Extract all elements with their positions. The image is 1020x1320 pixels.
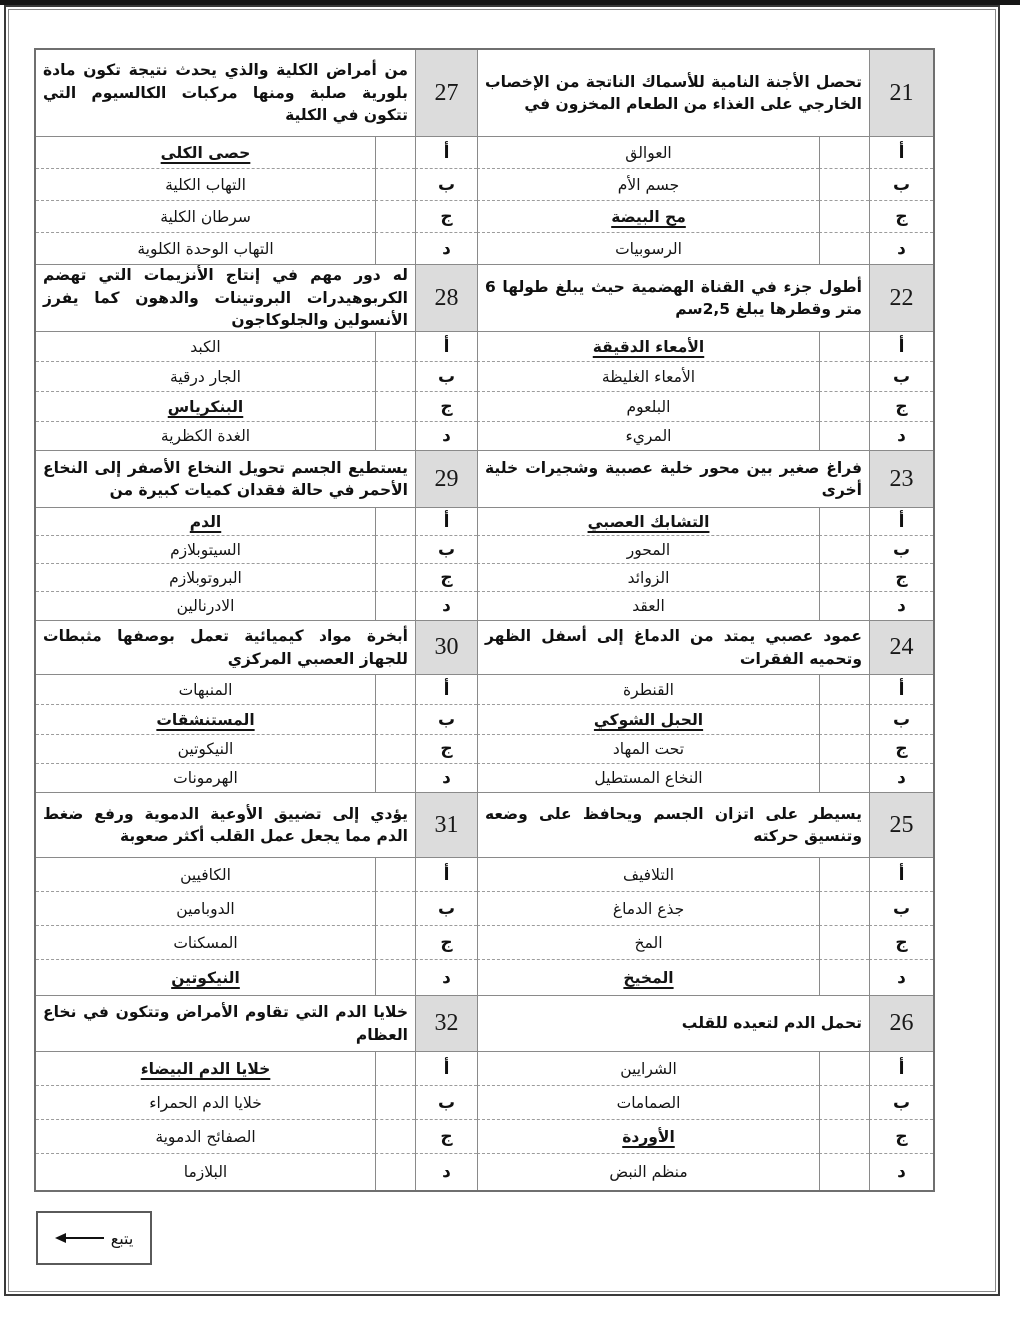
answer-cell bbox=[819, 1086, 869, 1120]
option-text: الأمعاء الدقيقة bbox=[477, 332, 819, 362]
option-letter: ب bbox=[869, 362, 933, 392]
answer-cell bbox=[819, 536, 869, 564]
question-text: أبخرة مواد كيميائية تعمل بوصفها مثبطات ل… bbox=[43, 625, 408, 670]
answer-cell bbox=[375, 960, 415, 996]
question-number: 21 bbox=[869, 50, 933, 137]
question-cell: أبخرة مواد كيميائية تعمل بوصفها مثبطات ل… bbox=[36, 621, 415, 675]
option-letter: د bbox=[415, 764, 477, 793]
option-text: الجار درقية bbox=[36, 362, 375, 392]
option-text: المريء bbox=[477, 422, 819, 451]
question-number: 22 bbox=[869, 265, 933, 332]
answer-cell bbox=[375, 392, 415, 422]
answer-cell bbox=[375, 592, 415, 621]
option-text: البلعوم bbox=[477, 392, 819, 422]
question-text: من أمراض الكلية والذي يحدث نتيجة تكون ما… bbox=[43, 59, 408, 126]
option-text: البلازما bbox=[36, 1154, 375, 1190]
option-text: حصى الكلى bbox=[36, 137, 375, 169]
continued-box: يتبع bbox=[36, 1211, 152, 1265]
answer-cell bbox=[375, 892, 415, 926]
answer-cell bbox=[819, 1052, 869, 1086]
answer-cell bbox=[819, 1154, 869, 1190]
answer-cell bbox=[375, 422, 415, 451]
option-letter: ب bbox=[415, 892, 477, 926]
option-text: تحت المهاد bbox=[477, 735, 819, 764]
option-letter: ب bbox=[869, 892, 933, 926]
option-letter: أ bbox=[869, 137, 933, 169]
answer-cell bbox=[819, 1120, 869, 1154]
question-number: 24 bbox=[869, 621, 933, 675]
question-text: يستطيع الجسم تحويل النخاع الأصفر إلى الن… bbox=[43, 457, 408, 502]
answer-cell bbox=[375, 1154, 415, 1190]
option-text: التهاب الوحدة الكلوية bbox=[36, 233, 375, 265]
answer-cell bbox=[375, 233, 415, 265]
question-cell: عمود عصبي يمتد من الدماغ إلى أسفل الظهر … bbox=[477, 621, 869, 675]
answer-cell bbox=[819, 764, 869, 793]
option-text: الادرنالين bbox=[36, 592, 375, 621]
option-letter: أ bbox=[415, 675, 477, 705]
option-letter: د bbox=[415, 960, 477, 996]
answer-cell bbox=[375, 858, 415, 892]
question-cell: أطول جزء في القناة الهضمية حيث يبلغ طوله… bbox=[477, 265, 869, 332]
option-letter: ج bbox=[415, 564, 477, 592]
option-letter: ب bbox=[415, 169, 477, 201]
option-letter: د bbox=[869, 960, 933, 996]
answer-cell bbox=[375, 201, 415, 233]
arrow-shaft bbox=[66, 1237, 104, 1240]
question-cell: من أمراض الكلية والذي يحدث نتيجة تكون ما… bbox=[36, 50, 415, 137]
question-cell: يستطيع الجسم تحويل النخاع الأصفر إلى الن… bbox=[36, 451, 415, 508]
option-letter: ج bbox=[415, 735, 477, 764]
option-letter: ب bbox=[869, 169, 933, 201]
arrow-head bbox=[55, 1233, 66, 1243]
answer-cell bbox=[375, 508, 415, 536]
answer-cell bbox=[819, 705, 869, 735]
answer-cell bbox=[375, 1052, 415, 1086]
option-letter: ج bbox=[869, 392, 933, 422]
question-number: 31 bbox=[415, 793, 477, 858]
option-text: الهرمونات bbox=[36, 764, 375, 793]
option-letter: د bbox=[415, 592, 477, 621]
question-cell: تحمل الدم لتعيده للقلب bbox=[477, 996, 869, 1052]
option-letter: أ bbox=[415, 137, 477, 169]
answer-cell bbox=[819, 592, 869, 621]
question-cell: خلايا الدم التي تقاوم الأمراض وتتكون في … bbox=[36, 996, 415, 1052]
option-text: الزوائد bbox=[477, 564, 819, 592]
option-text: مح البيضة bbox=[477, 201, 819, 233]
questions-table: 21تحصل الأجنة النامية للأسماك الناتجة من… bbox=[34, 48, 935, 1192]
option-text: العقد bbox=[477, 592, 819, 621]
option-text: سرطان الكلية bbox=[36, 201, 375, 233]
option-text: الدم bbox=[36, 508, 375, 536]
option-text: البنكرياس bbox=[36, 392, 375, 422]
option-text: المنبهات bbox=[36, 675, 375, 705]
question-number: 29 bbox=[415, 451, 477, 508]
question-number: 25 bbox=[869, 793, 933, 858]
answer-cell bbox=[819, 233, 869, 265]
answer-cell bbox=[375, 169, 415, 201]
option-letter: د bbox=[869, 592, 933, 621]
option-text: خلايا الدم البيضاء bbox=[36, 1052, 375, 1086]
question-cell: فراغ صغير بين محور خلية عصبية وشجيرات خل… bbox=[477, 451, 869, 508]
option-letter: أ bbox=[869, 858, 933, 892]
option-text: التلافيف bbox=[477, 858, 819, 892]
option-letter: ج bbox=[415, 926, 477, 960]
answer-cell bbox=[819, 201, 869, 233]
continued-label: يتبع bbox=[111, 1229, 134, 1248]
answer-cell bbox=[819, 422, 869, 451]
question-cell: يؤدي إلى تضييق الأوعية الدموية ورفع ضغط … bbox=[36, 793, 415, 858]
option-text: التهاب الكلية bbox=[36, 169, 375, 201]
option-letter: أ bbox=[415, 508, 477, 536]
question-text: له دور مهم في إنتاج الأنزيمات التي تهضم … bbox=[43, 265, 408, 332]
question-text: تحصل الأجنة النامية للأسماك الناتجة من ا… bbox=[485, 71, 862, 116]
option-letter: ب bbox=[869, 1086, 933, 1120]
answer-cell bbox=[819, 392, 869, 422]
long-left-arrow-icon bbox=[55, 1233, 104, 1243]
option-letter: ب bbox=[415, 362, 477, 392]
option-text: القنطرة bbox=[477, 675, 819, 705]
option-text: النخاع المستطيل bbox=[477, 764, 819, 793]
question-text: تحمل الدم لتعيده للقلب bbox=[485, 1012, 862, 1034]
answer-cell bbox=[375, 705, 415, 735]
question-number: 32 bbox=[415, 996, 477, 1052]
question-number: 28 bbox=[415, 265, 477, 332]
option-text: المخ bbox=[477, 926, 819, 960]
option-letter: ج bbox=[869, 926, 933, 960]
question-number: 26 bbox=[869, 996, 933, 1052]
question-text: عمود عصبي يمتد من الدماغ إلى أسفل الظهر … bbox=[485, 625, 862, 670]
option-text: الأمعاء الغليظة bbox=[477, 362, 819, 392]
answer-cell bbox=[819, 960, 869, 996]
answer-cell bbox=[819, 926, 869, 960]
question-cell: تحصل الأجنة النامية للأسماك الناتجة من ا… bbox=[477, 50, 869, 137]
question-number: 27 bbox=[415, 50, 477, 137]
question-text: خلايا الدم التي تقاوم الأمراض وتتكون في … bbox=[43, 1001, 408, 1046]
answer-cell bbox=[819, 564, 869, 592]
option-letter: د bbox=[415, 1154, 477, 1190]
option-text: المخيخ bbox=[477, 960, 819, 996]
option-text: جذع الدماغ bbox=[477, 892, 819, 926]
question-cell: له دور مهم في إنتاج الأنزيمات التي تهضم … bbox=[36, 265, 415, 332]
answer-cell bbox=[375, 564, 415, 592]
option-text: العوالق bbox=[477, 137, 819, 169]
option-text: المستنشقات bbox=[36, 705, 375, 735]
answer-cell bbox=[819, 508, 869, 536]
option-letter: ج bbox=[869, 735, 933, 764]
question-text: يسيطر على اتزان الجسم ويحافظ على وضعه وت… bbox=[485, 803, 862, 848]
answer-cell bbox=[819, 332, 869, 362]
option-letter: ب bbox=[415, 705, 477, 735]
option-text: الرسوبيات bbox=[477, 233, 819, 265]
option-letter: ب bbox=[869, 536, 933, 564]
option-letter: أ bbox=[869, 332, 933, 362]
option-text: جسم الأم bbox=[477, 169, 819, 201]
option-text: النيكوتين bbox=[36, 735, 375, 764]
answer-cell bbox=[819, 137, 869, 169]
option-letter: ج bbox=[869, 1120, 933, 1154]
question-text: أطول جزء في القناة الهضمية حيث يبلغ طوله… bbox=[485, 276, 862, 321]
option-text: الكبد bbox=[36, 332, 375, 362]
option-letter: أ bbox=[415, 1052, 477, 1086]
option-letter: ب bbox=[415, 536, 477, 564]
option-text: الشرايين bbox=[477, 1052, 819, 1086]
option-letter: د bbox=[869, 422, 933, 451]
option-text: النيكوتين bbox=[36, 960, 375, 996]
option-letter: أ bbox=[415, 332, 477, 362]
option-text: المحور bbox=[477, 536, 819, 564]
option-text: الحبل الشوكي bbox=[477, 705, 819, 735]
option-letter: ج bbox=[415, 1120, 477, 1154]
option-letter: أ bbox=[869, 1052, 933, 1086]
option-letter: أ bbox=[869, 508, 933, 536]
answer-cell bbox=[375, 735, 415, 764]
option-text: خلايا الدم الحمراء bbox=[36, 1086, 375, 1120]
option-text: الصمامات bbox=[477, 1086, 819, 1120]
option-text: السيتوبلازم bbox=[36, 536, 375, 564]
question-number: 23 bbox=[869, 451, 933, 508]
question-cell: يسيطر على اتزان الجسم ويحافظ على وضعه وت… bbox=[477, 793, 869, 858]
option-letter: د bbox=[869, 764, 933, 793]
question-text: يؤدي إلى تضييق الأوعية الدموية ورفع ضغط … bbox=[43, 803, 408, 848]
option-text: منظم النبض bbox=[477, 1154, 819, 1190]
answer-cell bbox=[375, 1086, 415, 1120]
answer-cell bbox=[819, 169, 869, 201]
option-letter: ب bbox=[869, 705, 933, 735]
answer-cell bbox=[375, 137, 415, 169]
answer-cell bbox=[375, 926, 415, 960]
answer-cell bbox=[375, 362, 415, 392]
option-text: الدوبامين bbox=[36, 892, 375, 926]
answer-cell bbox=[819, 362, 869, 392]
option-text: المسكنات bbox=[36, 926, 375, 960]
answer-cell bbox=[375, 764, 415, 793]
option-letter: د bbox=[869, 1154, 933, 1190]
option-text: التشابك العصبي bbox=[477, 508, 819, 536]
option-letter: ب bbox=[415, 1086, 477, 1120]
option-letter: أ bbox=[869, 675, 933, 705]
answer-cell bbox=[375, 1120, 415, 1154]
question-text: فراغ صغير بين محور خلية عصبية وشجيرات خل… bbox=[485, 457, 862, 502]
answer-cell bbox=[375, 675, 415, 705]
option-letter: ج bbox=[869, 564, 933, 592]
option-letter: ج bbox=[869, 201, 933, 233]
answer-cell bbox=[819, 892, 869, 926]
question-number: 30 bbox=[415, 621, 477, 675]
option-letter: ج bbox=[415, 392, 477, 422]
option-text: الأوردة bbox=[477, 1120, 819, 1154]
option-text: الغدة الكظرية bbox=[36, 422, 375, 451]
answer-cell bbox=[819, 858, 869, 892]
answer-cell bbox=[375, 536, 415, 564]
option-letter: د bbox=[415, 233, 477, 265]
option-text: الكافيين bbox=[36, 858, 375, 892]
option-text: الصفائح الدموية bbox=[36, 1120, 375, 1154]
option-letter: د bbox=[415, 422, 477, 451]
option-letter: د bbox=[869, 233, 933, 265]
option-letter: أ bbox=[415, 858, 477, 892]
option-text: البروتوبلازم bbox=[36, 564, 375, 592]
option-letter: ج bbox=[415, 201, 477, 233]
answer-cell bbox=[819, 675, 869, 705]
answer-cell bbox=[375, 332, 415, 362]
answer-cell bbox=[819, 735, 869, 764]
